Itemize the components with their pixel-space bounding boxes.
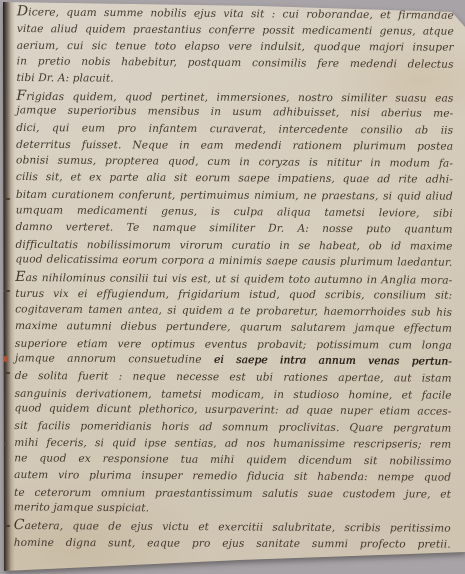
manuscript-line: Dicere, quam summe nobilis ejus vita sit… [17,3,454,23]
margin-dash-mark [2,198,10,200]
manuscript-line: obnisi sumus, propterea quod, cum in cor… [16,152,453,172]
manuscript-line: Caetera, quae de ejus victu et exercitii… [14,517,451,536]
manuscript-page-wrap: Dicere, quam summe nobilis ejus vita sit… [0,0,465,574]
margin-dash-mark [2,290,10,292]
manuscript-line: Eas nihilominus consilii tui vis est, ut… [15,269,452,288]
photo-background: Dicere, quam summe nobilis ejus vita sit… [0,0,465,574]
manuscript-line: tibi Dr. A: placuit. [16,70,453,89]
manuscript-line: homine digna sunt, eaque pro ejus sanita… [14,534,451,552]
ink-phrase: jamque annorum consuetudine [15,353,214,367]
manuscript-line: cilis sit, et ex parte alia sit eorum sa… [16,169,453,188]
margin-tick-mark [2,443,7,445]
manuscript-line: maxime autumni diebus pertundere, quarum… [15,318,452,337]
manuscript-line: umquam medicamenti genus, is culpa aliqu… [16,202,453,222]
manuscript-line: damno verteret. Te namque similiter Dr. … [16,219,453,238]
manuscript-page: Dicere, quam summe nobilis ejus vita sit… [0,0,465,574]
manuscript-line: vitae aliud quidem praestantius conferre… [17,21,454,40]
manuscript-line: autem viro plurima insuper remedio fiduc… [14,467,451,486]
margin-dash-mark [2,525,10,527]
manuscript-line: ne quod ex responsione tua mihi quidem d… [14,450,451,470]
margin-dash-mark [2,372,10,374]
manuscript-line: sit facilis pomeridianis horis ad somnum… [14,418,451,437]
manuscript-line: cogitaveram tamen antea, si quidem a te … [15,301,452,321]
manuscript-text: Dicere, quam summe nobilis ejus vita sit… [14,4,454,553]
heavy-ink-phrase: ei saepe intra annum venas pertun- [214,354,452,368]
manuscript-line: de solita fuerit : neque necesse est ubi… [15,368,452,387]
manuscript-line: in pretio nobis habebitur, postquam cons… [17,53,454,73]
